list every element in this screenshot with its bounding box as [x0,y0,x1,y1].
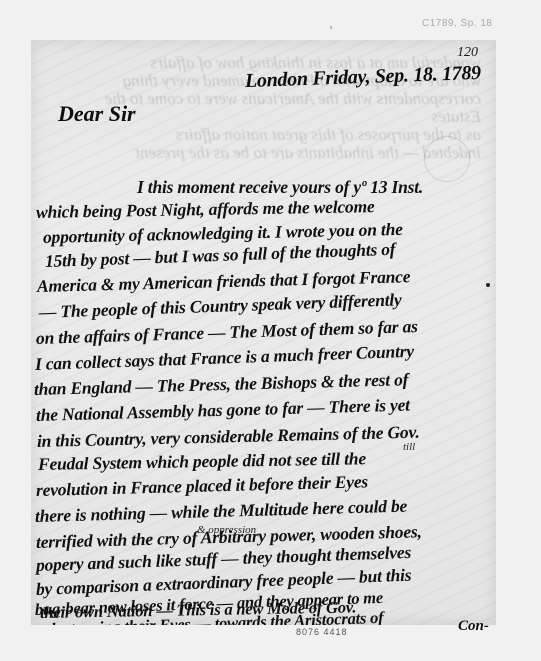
scan-speck [330,26,332,29]
interlinear-insertion: till [403,441,415,453]
letter-line: Feudal System which people did not see t… [38,448,366,475]
ink-blot [486,283,490,287]
letter-body: I this moment receive yours of yº 13 Ins… [31,40,496,625]
letter-line: which being Post Night, affords me the w… [36,196,375,223]
manuscript-scan: C1789, Sp. 18 wonderful am at a loss in … [0,0,541,661]
letter-line: I this moment receive yours of yº 13 Ins… [137,177,423,198]
letter-line: the National Assembly has gone to far — … [36,395,410,426]
bottom-archive-stamp: 8076 4418 [296,627,348,637]
catalog-stamp: C1789, Sp. 18 [422,18,492,29]
letter-line: revolution in France placed it before th… [36,471,369,501]
letter-page: wonderful am at a loss in thinking how o… [31,40,496,625]
catchword: Con- [458,618,489,635]
